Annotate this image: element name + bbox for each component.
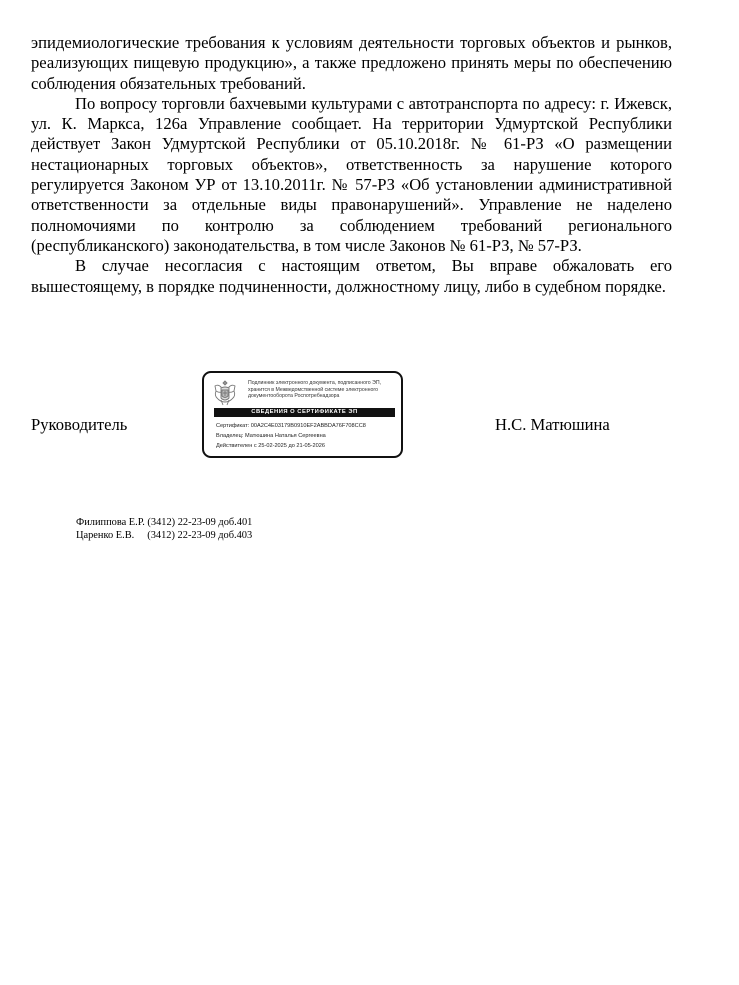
contact-list: Филиппова Е.Р. (3412) 22-23-09 доб.401 Ц… [76, 516, 252, 542]
contact-line: Филиппова Е.Р. (3412) 22-23-09 доб.401 [76, 516, 252, 529]
coat-of-arms-icon [212, 378, 238, 408]
certificate-validity: Действителен с 25-02-2025 до 21-05-2026 [216, 441, 401, 451]
letter-body: эпидемиологические требования к условиям… [31, 33, 672, 297]
certificate-owner: Владелец: Матюшина Наталья Сергеевна [216, 431, 401, 441]
stamp-header-text: Подлинник электронного документа, подпис… [248, 380, 398, 400]
certificate-number: Сертификат: 00A2C4E03179B0910EF2ABBDA76F… [216, 421, 401, 431]
electronic-signature-stamp: Подлинник электронного документа, подпис… [202, 371, 403, 458]
signatory-position: Руководитель [31, 415, 127, 435]
paragraph-3: В случае несогласия с настоящим ответом,… [31, 256, 672, 297]
signatory-name: Н.С. Матюшина [495, 415, 610, 435]
stamp-title: СВЕДЕНИЯ О СЕРТИФИКАТЕ ЭП [214, 408, 395, 417]
contact-line: Царенко Е.В. (3412) 22-23-09 доб.403 [76, 529, 252, 542]
document-page: эпидемиологические требования к условиям… [0, 0, 739, 985]
certificate-info: Сертификат: 00A2C4E03179B0910EF2ABBDA76F… [216, 421, 401, 451]
paragraph-1: эпидемиологические требования к условиям… [31, 33, 672, 94]
paragraph-2: По вопросу торговли бахчевыми культурами… [31, 94, 672, 256]
